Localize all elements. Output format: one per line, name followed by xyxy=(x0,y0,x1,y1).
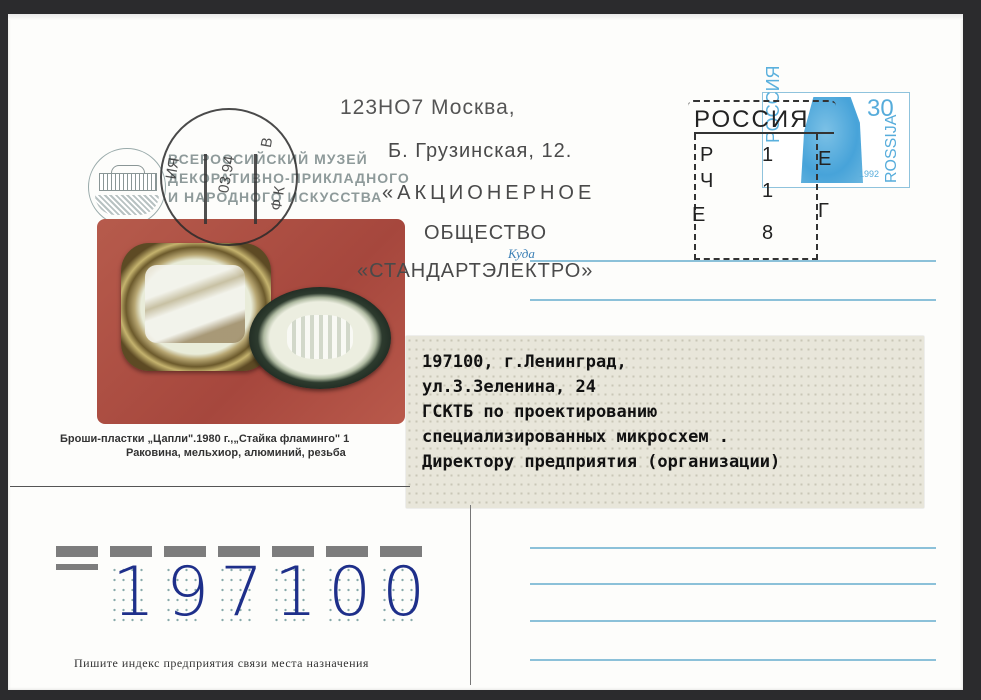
index-digit: 0 xyxy=(382,553,425,633)
sender-line-3: «АКЦИОНЕРНОЕ xyxy=(382,182,595,205)
recipient-line: 197100, г.Ленинград, xyxy=(422,350,780,375)
postmark-bar xyxy=(254,154,257,224)
recipient-line: ГСКТБ по проектированию xyxy=(422,400,780,425)
index-digit: 0 xyxy=(328,553,371,633)
index-digit: 9 xyxy=(166,553,209,633)
index-cell[interactable]: 0 xyxy=(380,565,416,627)
envelope-top-edge xyxy=(8,14,963,20)
postmark-circle: ИЯ 03.94 В Ф К xyxy=(160,108,298,246)
index-bar xyxy=(56,546,98,557)
stamp-country-latin: ROSSIJA xyxy=(883,115,901,183)
postmark-date: 03.94 xyxy=(215,155,238,195)
museum-building-icon xyxy=(88,148,166,226)
index-digit: 1 xyxy=(112,553,155,633)
caption-line-2: Раковина, мельхиор, алюминий, резьба xyxy=(60,446,349,460)
address-line xyxy=(530,583,936,585)
address-line xyxy=(530,620,936,622)
index-bar xyxy=(56,564,98,570)
postmark-bar xyxy=(204,154,207,224)
index-cell[interactable]: 1 xyxy=(272,565,308,627)
recipient-line: специализированных микросхем . xyxy=(422,425,780,450)
index-cell[interactable]: 0 xyxy=(326,565,362,627)
index-digit: 1 xyxy=(274,553,317,633)
address-line xyxy=(530,659,936,661)
recipient-line: ул.З.Зеленина, 24 xyxy=(422,375,780,400)
cancel-char: Е xyxy=(692,204,705,227)
building-facade xyxy=(99,173,157,191)
postmark-text-right: В xyxy=(258,136,276,149)
brooch-illustration xyxy=(97,219,405,424)
index-instruction: Пишите индекс предприятия связи места на… xyxy=(74,656,369,671)
recipient-line: Директору предприятия (организации) xyxy=(422,450,780,475)
heron-figures xyxy=(145,265,245,343)
building-ground xyxy=(95,195,159,215)
machine-cancel: РОССИЯ Р Ч Е 1 1 8 Е Г xyxy=(686,100,836,262)
index-cell[interactable]: 7 xyxy=(218,565,254,627)
cancel-digit: 1 xyxy=(762,144,773,167)
cancel-country: РОССИЯ xyxy=(694,106,809,134)
sender-line-1: 123НО7 Москва, xyxy=(340,96,516,120)
cancel-digit: 1 xyxy=(762,180,773,203)
sender-line-2: Б. Грузинская, 12. xyxy=(388,140,572,163)
address-line xyxy=(530,260,936,262)
cancel-char: Р xyxy=(700,144,713,167)
index-digit: 7 xyxy=(220,553,263,633)
address-line xyxy=(530,299,936,301)
cancel-char: Е xyxy=(818,148,831,171)
cancel-char: Ч xyxy=(700,170,713,193)
sender-line-4: ОБЩЕСТВО xyxy=(424,222,547,245)
cancel-char: Г xyxy=(818,200,829,223)
caption-line-1: Броши-пластки „Цапли".1980 г.,„Стайка фл… xyxy=(60,432,349,446)
recipient-address: 197100, г.Ленинград, ул.З.Зеленина, 24 Г… xyxy=(422,350,780,475)
postmark-text-left: ИЯ xyxy=(163,156,183,180)
horizontal-divider xyxy=(10,486,410,487)
cancel-digit: 8 xyxy=(762,222,773,245)
index-cell[interactable]: 1 xyxy=(110,565,146,627)
stamp-year: 1992 xyxy=(859,169,879,179)
index-cell[interactable]: 9 xyxy=(164,565,200,627)
vertical-divider xyxy=(470,505,471,685)
postmark-text-bottom: Ф К xyxy=(268,185,289,212)
heron-brooch xyxy=(121,243,271,371)
flamingo-brooch xyxy=(249,287,391,389)
sender-line-5: «СТАНДАРТЭЛЕКТРО» xyxy=(357,260,593,283)
address-line xyxy=(530,547,936,549)
recipient-label: 197100, г.Ленинград, ул.З.Зеленина, 24 Г… xyxy=(406,336,924,508)
illustration-caption: Броши-пластки „Цапли".1980 г.,„Стайка фл… xyxy=(60,432,349,460)
flamingo-figures xyxy=(287,315,353,359)
